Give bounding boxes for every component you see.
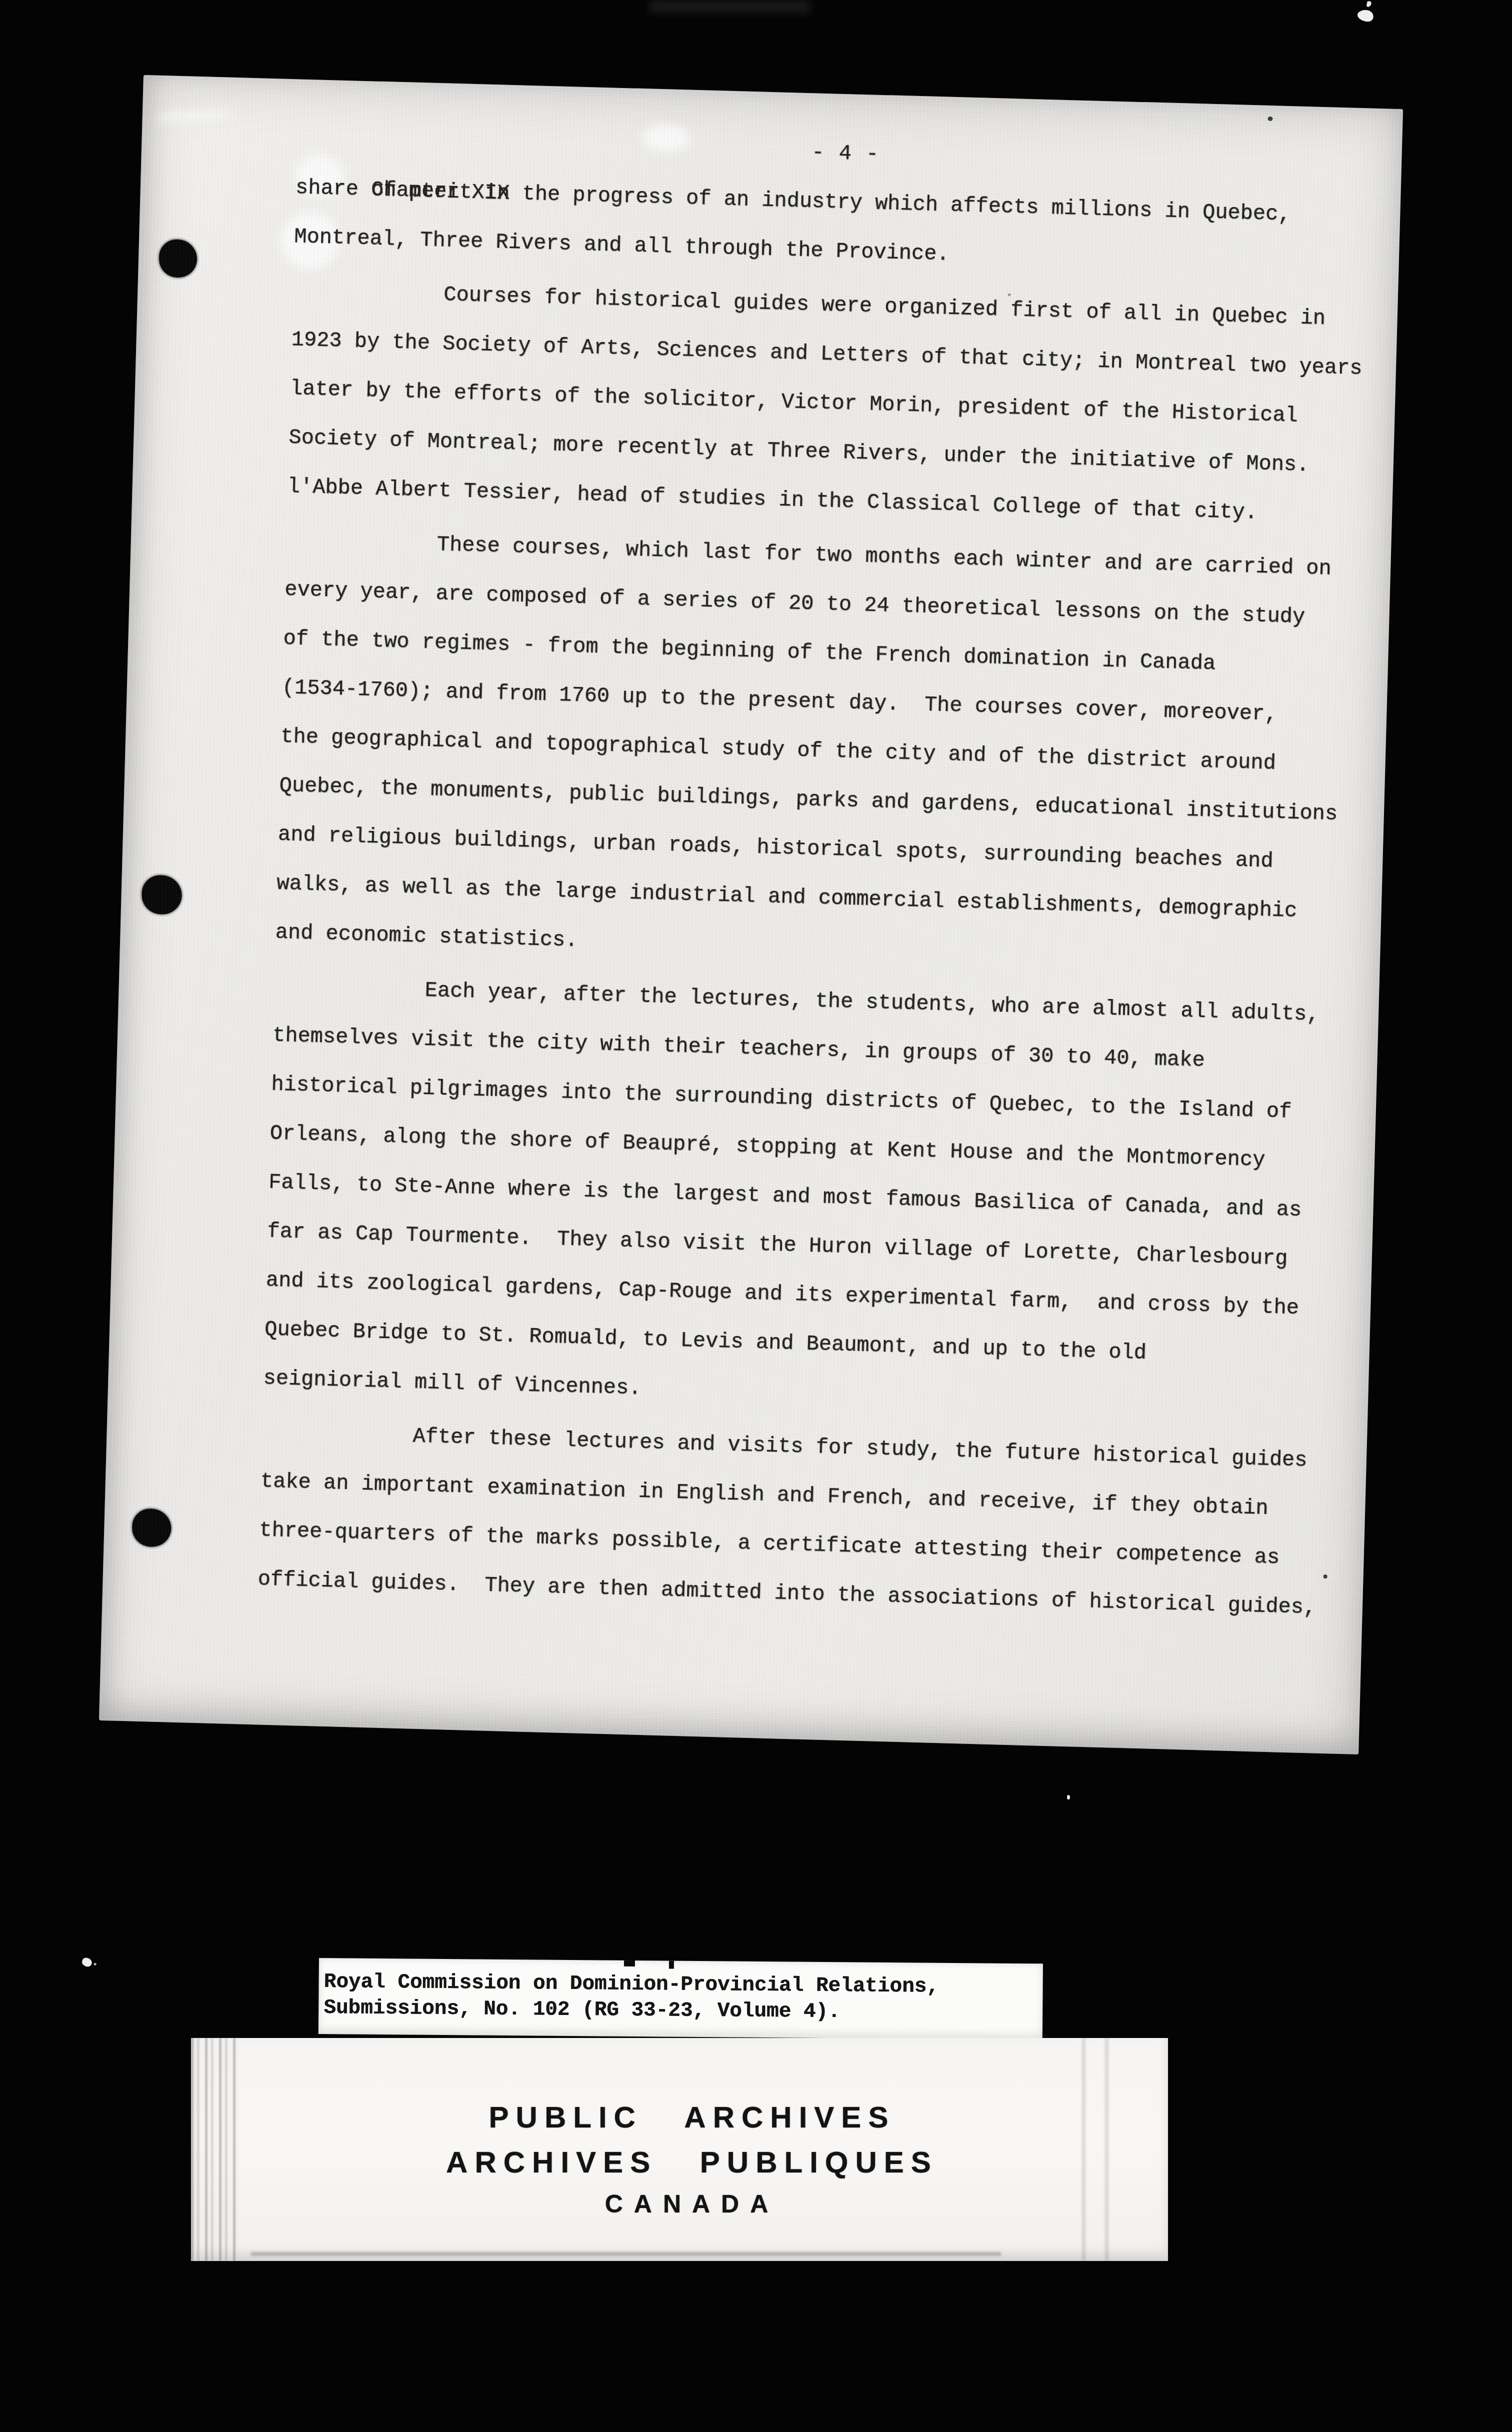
paragraph: Each year, after the lectures, the stude…: [262, 962, 1369, 1432]
correction-smudge: [156, 111, 231, 121]
tape-mark: [624, 1960, 635, 1966]
scan-streak: [251, 2252, 1001, 2256]
film-scratch-mark: [1350, 0, 1390, 35]
film-speck: [81, 1956, 93, 1968]
archives-title-fr: ARCHIVES PUBLIQUES: [203, 2145, 1180, 2179]
paragraph: These courses, which last for two months…: [274, 516, 1381, 986]
chapter-heading: Chapter XIX: [371, 177, 510, 205]
punch-hole-icon: [131, 1508, 171, 1547]
tape-mark: [669, 1960, 674, 1968]
punch-hole-icon: [158, 239, 197, 278]
document-page: Chapter XIX - 4 - share of merit in the …: [99, 75, 1403, 1754]
archives-title-en: PUBLIC ARCHIVES: [203, 2100, 1180, 2134]
archives-stamp: PUBLIC ARCHIVES ARCHIVES PUBLIQUES CANAD…: [191, 2038, 1168, 2261]
film-shadow: [650, 0, 810, 13]
page-number: - 4 -: [811, 128, 880, 179]
film-speck: [1067, 1795, 1070, 1799]
paragraph: After these lectures and visits for stud…: [257, 1407, 1357, 1633]
archives-country: CANADA: [203, 2189, 1180, 2218]
microfilm-frame: { "document": { "header": { "chapter": "…: [0, 0, 1512, 2432]
paragraph: Courses for historical guides were organ…: [287, 266, 1388, 540]
punch-hole-icon: [141, 875, 182, 915]
reference-stamp-line: Royal Commission on Dominion-Provincial …: [323, 1958, 1043, 2000]
typed-text-block: Chapter XIX - 4 - share of merit in the …: [257, 79, 1393, 1633]
reference-stamp: Royal Commission on Dominion-Provincial …: [318, 1958, 1043, 2039]
